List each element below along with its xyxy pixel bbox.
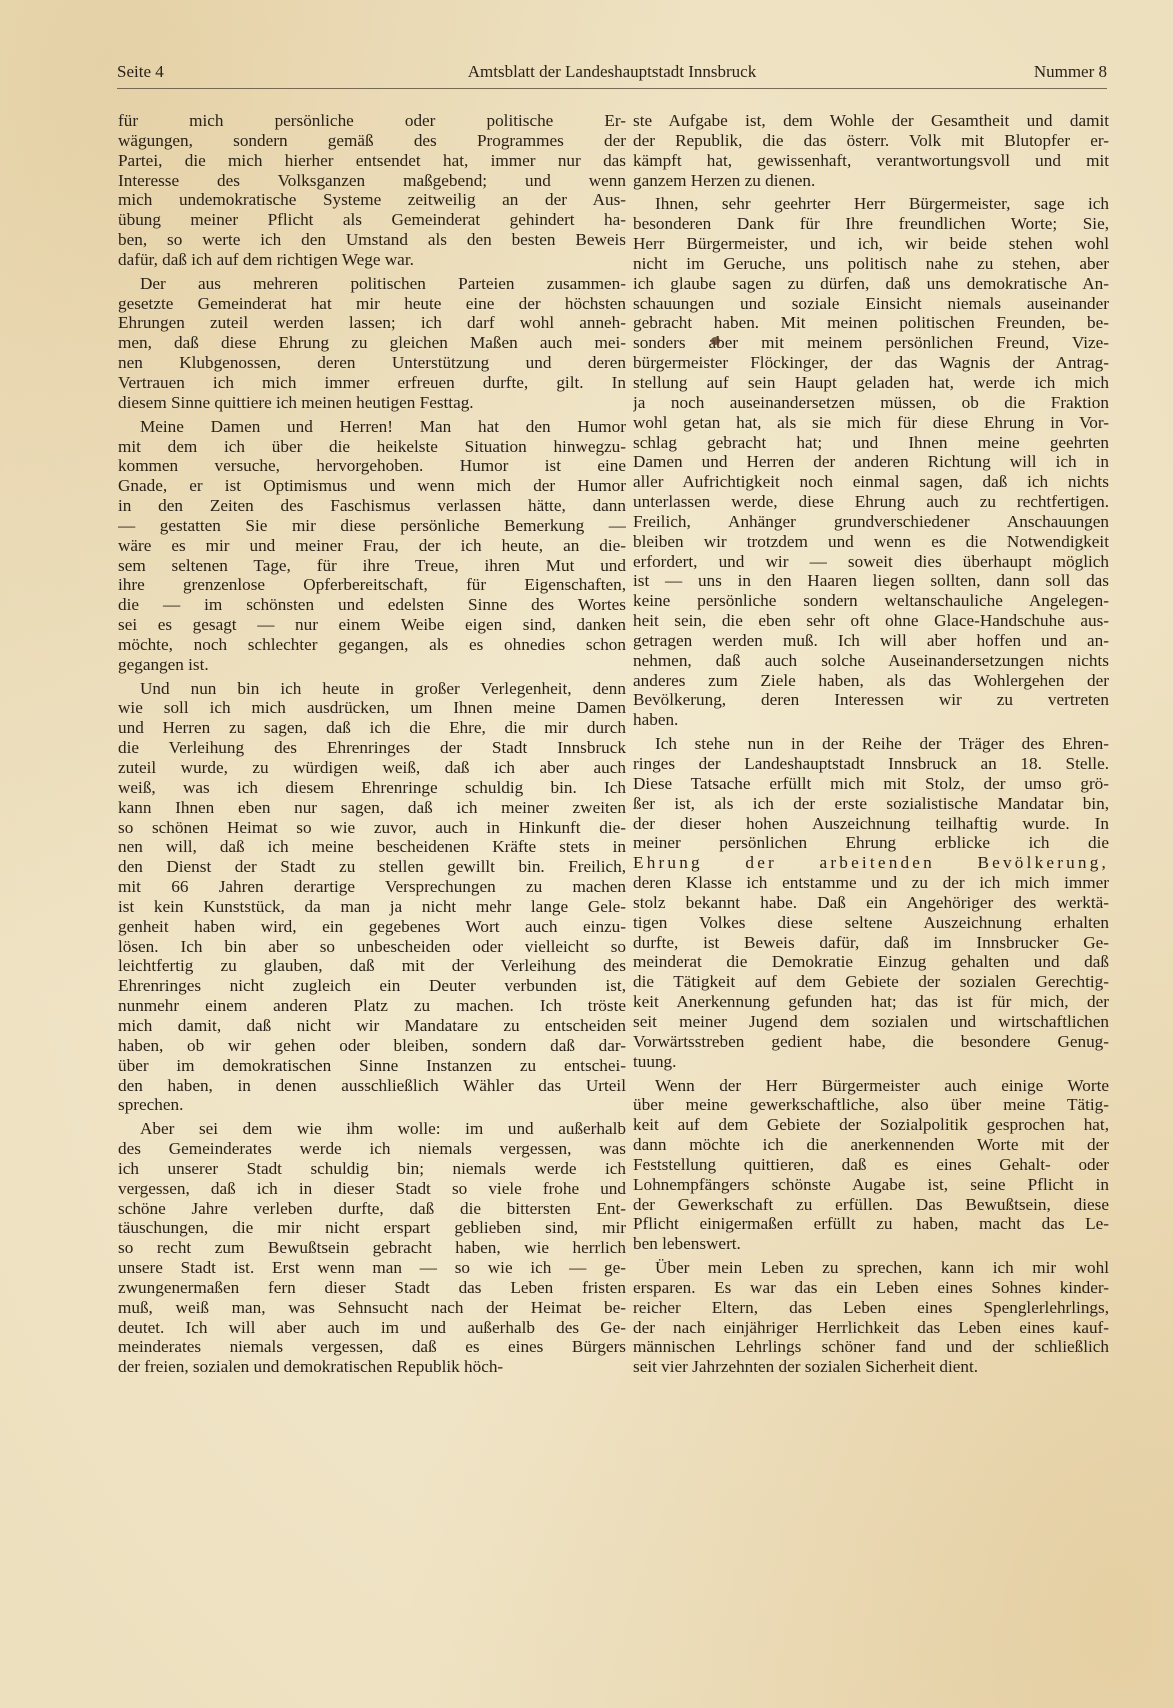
paragraph: Meine Damen und Herren! Man hat den Humo… bbox=[118, 417, 626, 675]
text-line: meiner persönlichen Ehrung erblicke ich … bbox=[633, 833, 1109, 853]
text-line: zwungenermaßen fern dieser Stadt das Leb… bbox=[118, 1278, 626, 1298]
text-line: Aber sei dem wie ihm wolle: im und außer… bbox=[118, 1119, 626, 1139]
text-line: schauungen und soziale Einsicht niemals … bbox=[633, 294, 1109, 314]
text-line: haben, ob wir gehen oder bleiben, sonder… bbox=[118, 1036, 626, 1056]
text-line: der Republik, die das österr. Volk mit B… bbox=[633, 131, 1109, 151]
text-line: den haben, in denen ausschließlich Wähle… bbox=[118, 1076, 626, 1096]
text-line: Interesse des Volksganzen maßgebend; und… bbox=[118, 171, 626, 191]
text-line: vergessen, daß ich in dieser Stadt so vi… bbox=[118, 1179, 626, 1199]
paragraph: Der aus mehreren politischen Parteien zu… bbox=[118, 274, 626, 413]
text-line: ist kein Kunststück, da man ja nicht meh… bbox=[118, 897, 626, 917]
text-line: und Herren zu sagen, daß ich die Ehre, d… bbox=[118, 718, 626, 738]
text-line: lösen. Ich bin aber so unbescheiden oder… bbox=[118, 937, 626, 957]
text-line: gesetzte Gemeinderat hat mir heute eine … bbox=[118, 294, 626, 314]
text-line: Damen und Herren der anderen Richtung wi… bbox=[633, 452, 1109, 472]
page-header: Seite 4 Amtsblatt der Landeshauptstadt I… bbox=[117, 58, 1107, 84]
text-line: leichtfertig zu glauben, daß mit der Ver… bbox=[118, 956, 626, 976]
text-line: dafür, daß ich auf dem richtigen Wege wa… bbox=[118, 250, 626, 270]
text-line: dann möchte ich die anerkennenden Worte … bbox=[633, 1135, 1109, 1155]
text-line: der Gewerkschaft zu erfüllen. Das Bewußt… bbox=[633, 1195, 1109, 1215]
text-line: nen will, daß ich meine bescheidenen Krä… bbox=[118, 837, 626, 857]
text-line: anderes zum Ziele haben, als das Wohlerg… bbox=[633, 671, 1109, 691]
text-line: stolz bekannt habe. Daß ein Angehöriger … bbox=[633, 893, 1109, 913]
text-line: gebracht haben. Mit meinen politischen F… bbox=[633, 313, 1109, 333]
text-line: Der aus mehreren politischen Parteien zu… bbox=[118, 274, 626, 294]
text-line: Lohnempfängers schönste Augabe ist, sein… bbox=[633, 1175, 1109, 1195]
text-line: ihre grenzenlose Opferbereitschaft, für … bbox=[118, 575, 626, 595]
text-line: men, daß diese Ehrung zu gleichen Maßen … bbox=[118, 333, 626, 353]
text-line: übung meiner Pflicht als Gemeinderat geh… bbox=[118, 210, 626, 230]
text-line: die Tätigkeit auf dem Gebiete der sozial… bbox=[633, 972, 1109, 992]
text-line: besonderen Dank für Ihre freundlichen Wo… bbox=[633, 214, 1109, 234]
text-line: Partei, die mich hierher entsendet hat, … bbox=[118, 151, 626, 171]
text-line: des Gemeinderates werde ich niemals verg… bbox=[118, 1139, 626, 1159]
text-line: ja noch auseinandersetzen müssen, ob die… bbox=[633, 393, 1109, 413]
text-line: wäre es mir und meiner Frau, der ich heu… bbox=[118, 536, 626, 556]
text-line: Über mein Leben zu sprechen, kann ich mi… bbox=[633, 1258, 1109, 1278]
text-line: Pflicht einigermaßen erfüllt zu haben, m… bbox=[633, 1214, 1109, 1234]
text-line: Und nun bin ich heute in großer Verlegen… bbox=[118, 679, 626, 699]
text-line: aller Aufrichtigkeit noch einmal sagen, … bbox=[633, 472, 1109, 492]
text-line: deren Klasse ich entstamme und zu der ic… bbox=[633, 873, 1109, 893]
text-line: sonders aber mit meinem persönlichen Fre… bbox=[633, 333, 1109, 353]
text-line: die Verleihung des Ehrenringes der Stadt… bbox=[118, 738, 626, 758]
text-line: ste Aufgabe ist, dem Wohle der Gesamthei… bbox=[633, 111, 1109, 131]
text-line: Freilich, Anhänger grundverschiedener An… bbox=[633, 512, 1109, 532]
left-column: für mich persönliche oder politische Er-… bbox=[118, 111, 626, 1377]
text-line: schöne Jahre verleben durfte, daß die bi… bbox=[118, 1199, 626, 1219]
text-line: tigen Volkes diese seltene Auszeichnung … bbox=[633, 913, 1109, 933]
text-line: kämpft hat, gewissenhaft, verantwortungs… bbox=[633, 151, 1109, 171]
text-line: Wenn der Herr Bürgermeister auch einige … bbox=[633, 1076, 1109, 1096]
text-line: Herr Bürgermeister, und ich, wir beide s… bbox=[633, 234, 1109, 254]
text-line: Bevölkerung, deren Interessen wir zu ver… bbox=[633, 690, 1109, 710]
text-line: haben. bbox=[633, 710, 1109, 730]
text-line: wie soll ich mich ausdrücken, um Ihnen m… bbox=[118, 698, 626, 718]
text-line: kommen versuche, hervorgehoben. Humor is… bbox=[118, 456, 626, 476]
text-line: meinderat die Demokratie Einzug gehalten… bbox=[633, 952, 1109, 972]
text-line: für mich persönliche oder politische Er- bbox=[118, 111, 626, 131]
text-line: getragen werden muß. Ich will aber hoffe… bbox=[633, 631, 1109, 651]
text-line: wägungen, sondern gemäß des Programmes d… bbox=[118, 131, 626, 151]
text-line: sem seltenen Tage, für ihre Treue, ihren… bbox=[118, 556, 626, 576]
paragraph: für mich persönliche oder politische Er-… bbox=[118, 111, 626, 270]
text-line: ersparen. Es war das ein Leben eines Soh… bbox=[633, 1278, 1109, 1298]
text-line: muß, weiß man, was Sehnsucht nach der He… bbox=[118, 1298, 626, 1318]
text-line: deutet. Ich will aber auch im und außerh… bbox=[118, 1318, 626, 1338]
paragraph: Ihnen, sehr geehrter Herr Bürgermeister,… bbox=[633, 194, 1109, 730]
text-line: gegangen ist. bbox=[118, 655, 626, 675]
text-line: Ihnen, sehr geehrter Herr Bürgermeister,… bbox=[633, 194, 1109, 214]
text-line: tuung. bbox=[633, 1052, 1109, 1072]
text-line: heit sein, die eben sehr oft ohne Glace-… bbox=[633, 611, 1109, 631]
text-line: seit vier Jahrzehnten der sozialen Siche… bbox=[633, 1357, 1109, 1377]
text-line: die — im schönsten und edelsten Sinne de… bbox=[118, 595, 626, 615]
text-line: kann Ihnen eben nur sagen, daß ich meine… bbox=[118, 798, 626, 818]
text-line: ganzem Herzen zu dienen. bbox=[633, 171, 1109, 191]
text-line: täuschungen, die mir nicht erspart gebli… bbox=[118, 1218, 626, 1238]
paragraph: Ich stehe nun in der Reihe der Träger de… bbox=[633, 734, 1109, 1071]
text-line: erfordert, und wir — soweit dies überhau… bbox=[633, 552, 1109, 572]
text-line: ringes der Landeshauptstadt Innsbruck an… bbox=[633, 754, 1109, 774]
text-line: der freien, sozialen und demokratischen … bbox=[118, 1357, 626, 1377]
text-line: Vertrauen ich mich immer erfreuen durfte… bbox=[118, 373, 626, 393]
paragraph: Wenn der Herr Bürgermeister auch einige … bbox=[633, 1076, 1109, 1255]
paragraph: Über mein Leben zu sprechen, kann ich mi… bbox=[633, 1258, 1109, 1377]
text-line: durfte, ist Beweis dafür, daß im Innsbru… bbox=[633, 933, 1109, 953]
text-line: nicht im Geruche, uns politisch nahe zu … bbox=[633, 254, 1109, 274]
text-line: stellung auf sein Haupt geladen hat, wer… bbox=[633, 373, 1109, 393]
text-line: Gnade, er ist Optimismus und wenn mich d… bbox=[118, 476, 626, 496]
text-line: ßer ist, als ich der erste sozialistisch… bbox=[633, 794, 1109, 814]
text-line: — gestatten Sie mir diese persönliche Be… bbox=[118, 516, 626, 536]
text-line: Feststellung quittieren, daß es eines Ge… bbox=[633, 1155, 1109, 1175]
publication-title: Amtsblatt der Landeshauptstadt Innsbruck bbox=[117, 62, 1107, 82]
text-line: über im demokratischen Sinne Instanzen z… bbox=[118, 1056, 626, 1076]
text-line: Ehrungen zuteil werden lassen; ich darf … bbox=[118, 313, 626, 333]
text-line: Ich stehe nun in der Reihe der Träger de… bbox=[633, 734, 1109, 754]
text-line: meinderates niemals vergessen, daß es ei… bbox=[118, 1337, 626, 1357]
ink-stain bbox=[711, 337, 720, 345]
text-line: mit 66 Jahren derartige Versprechungen z… bbox=[118, 877, 626, 897]
text-line: unsere Stadt ist. Erst wenn man — so wie… bbox=[118, 1258, 626, 1278]
text-line: genheit haben wird, ein gegebenes Wort a… bbox=[118, 917, 626, 937]
text-line: möchte, noch schlechter gegangen, als es… bbox=[118, 635, 626, 655]
text-line: mit dem ich über die heikelste Situation… bbox=[118, 437, 626, 457]
text-line: Ehrenringes nicht zugleich ein Deuter ve… bbox=[118, 976, 626, 996]
text-line: Diese Tatsache erfüllt mich mit Stolz, d… bbox=[633, 774, 1109, 794]
text-line: bürgermeister Flöckinger, der das Wagnis… bbox=[633, 353, 1109, 373]
text-line: Meine Damen und Herren! Man hat den Humo… bbox=[118, 417, 626, 437]
issue-number: Nummer 8 bbox=[1034, 62, 1107, 82]
text-line: Vorwärtsstreben gedient habe, die besond… bbox=[633, 1032, 1109, 1052]
text-line: ben, so werte ich den Umstand als den be… bbox=[118, 230, 626, 250]
text-line: sprechen. bbox=[118, 1095, 626, 1115]
text-line: mich damit, daß nicht wir Mandatare zu e… bbox=[118, 1016, 626, 1036]
text-line: zuteil wurde, zu würdigen weiß, daß ich … bbox=[118, 758, 626, 778]
text-line: über meine gewerkschaftliche, also über … bbox=[633, 1095, 1109, 1115]
text-line: so recht zum Bewußtsein gebracht haben, … bbox=[118, 1238, 626, 1258]
text-line: männischen Lehrlings schöner fand und de… bbox=[633, 1337, 1109, 1357]
text-line: seit meiner Jugend dem sozialen und wirt… bbox=[633, 1012, 1109, 1032]
text-line: der dieser hohen Auszeichnung teilhaftig… bbox=[633, 814, 1109, 834]
text-line: bleiben wir trotzdem und wenn es die Not… bbox=[633, 532, 1109, 552]
text-line: ich glaube sagen zu dürfen, daß uns demo… bbox=[633, 274, 1109, 294]
paragraph: ste Aufgabe ist, dem Wohle der Gesamthei… bbox=[633, 111, 1109, 190]
text-line: nehmen, daß auch solche Auseinandersetzu… bbox=[633, 651, 1109, 671]
text-line: der nach einjähriger Herrlichkeit das Le… bbox=[633, 1318, 1109, 1338]
text-line: keine persönliche sondern weltanschaulic… bbox=[633, 591, 1109, 611]
right-column: ste Aufgabe ist, dem Wohle der Gesamthei… bbox=[633, 111, 1109, 1377]
text-line: nunmehr einem anderen Platz zu machen. I… bbox=[118, 996, 626, 1016]
text-line: weiß, was ich diesem Ehrenringe schuldig… bbox=[118, 778, 626, 798]
newspaper-page: Seite 4 Amtsblatt der Landeshauptstadt I… bbox=[0, 0, 1173, 1708]
text-line: in den Zeiten des Faschismus verlassen h… bbox=[118, 496, 626, 516]
text-line: Ehrung der arbeitenden Bevölkerung, bbox=[633, 853, 1109, 873]
text-line: unterlassen werde, diese Ehrung auch zu … bbox=[633, 492, 1109, 512]
paragraph: Und nun bin ich heute in großer Verlegen… bbox=[118, 679, 626, 1116]
text-line: so schönen Heimat so wie zuvor, auch in … bbox=[118, 818, 626, 838]
text-line: keit Anerkennung gefunden hat; das ist f… bbox=[633, 992, 1109, 1012]
text-line: ben lebenswert. bbox=[633, 1234, 1109, 1254]
text-line: wohl getan hat, als sie mich für diese E… bbox=[633, 413, 1109, 433]
text-line: reicher Eltern, das Leben eines Spengler… bbox=[633, 1298, 1109, 1318]
text-line: sei es gesagt — nur einem Weibe eigen si… bbox=[118, 615, 626, 635]
text-line: diesem Sinne quittiere ich meinen heutig… bbox=[118, 393, 626, 413]
text-line: ich unserer Stadt schuldig bin; niemals … bbox=[118, 1159, 626, 1179]
text-line: keit auf dem Gebiete der Sozialpolitik g… bbox=[633, 1115, 1109, 1135]
text-line: mich undemokratische Systeme zeitweilig … bbox=[118, 190, 626, 210]
text-line: ist — uns in den Haaren liegen sollten, … bbox=[633, 571, 1109, 591]
paragraph: Aber sei dem wie ihm wolle: im und außer… bbox=[118, 1119, 626, 1377]
text-line: den Dienst der Stadt zu stellen gewillt … bbox=[118, 857, 626, 877]
header-rule bbox=[117, 88, 1107, 89]
text-line: schlag gebracht hat; und Ihnen meine gee… bbox=[633, 433, 1109, 453]
text-line: nen Klubgenossen, deren Unterstützung un… bbox=[118, 353, 626, 373]
